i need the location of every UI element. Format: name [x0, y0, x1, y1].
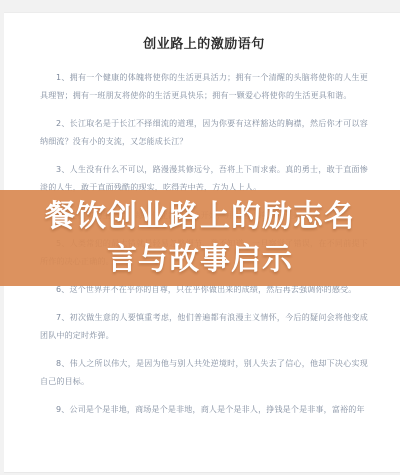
quote-item-1: 1、拥有一个健康的体魄将使你的生活更具活力；拥有一个清醒的头脑将使你的人生更具理…: [40, 69, 368, 105]
watermark-banner: 餐饮创业路上的励志名 言与故事启示: [0, 190, 400, 286]
watermark-line-1: 餐饮创业路上的励志名: [45, 195, 355, 238]
quote-item-9: 9、公司是个是非地，商场是个是非地，商人是个是非人，挣钱是个是非事，富裕的年: [40, 401, 368, 419]
quote-item-7: 7、初次做生意的人要慎重考虑，他们普遍都有浪漫主义情怀，今后的疑问会将他变成团队…: [40, 309, 368, 345]
article-title: 创业路上的激励语句: [40, 35, 368, 55]
watermark-line-2: 言与故事启示: [107, 238, 293, 281]
quote-item-8: 8、伟人之所以伟大，是因为他与别人共处逆境时，别人失去了信心，他却下决心实现自己…: [40, 355, 368, 391]
quote-item-2: 2、长江取名是于长江不择细流的道理，因为你要有这样豁达的胸襟，然后你才可以容纳细…: [40, 115, 368, 151]
